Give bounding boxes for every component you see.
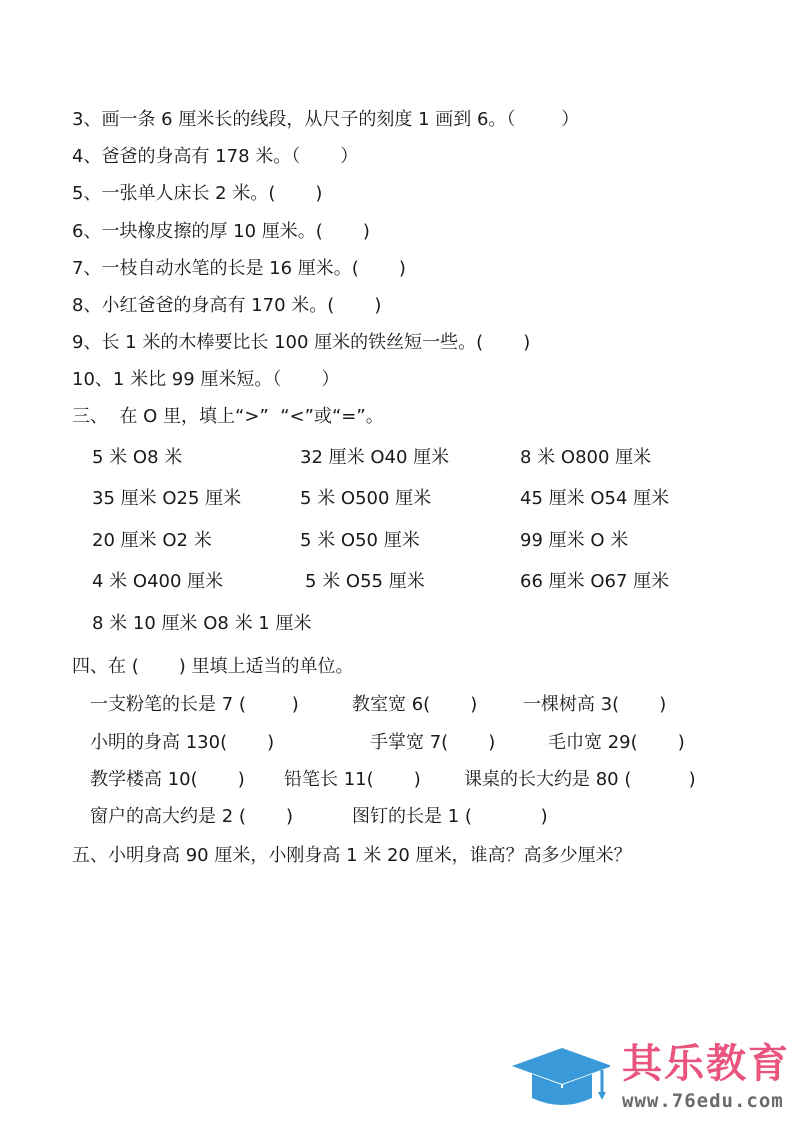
unit-item: 图钉的长是 1 ( ) [352, 805, 548, 829]
compare-item: 32 厘米 O40 厘米 [300, 446, 449, 470]
compare-item: 66 厘米 O67 厘米 [520, 570, 669, 594]
tf-item-4: 4、爸爸的身高有 178 米。（ ） [72, 145, 358, 169]
compare-item: 5 米 O55 厘米 [305, 570, 425, 594]
unit-item: 窗户的高大约是 2 ( ) [90, 805, 293, 829]
watermark-title: 其乐教育 [622, 1042, 790, 1086]
unit-item: 课桌的长大约是 80 ( ) [464, 768, 696, 792]
unit-item: 教学楼高 10( ) [90, 768, 245, 792]
compare-item: 8 米 10 厘米 O8 米 1 厘米 [92, 612, 311, 636]
compare-item: 5 米 O50 厘米 [300, 529, 420, 553]
unit-item: 一支粉笔的长是 7 ( ) [90, 693, 299, 717]
tf-item-10: 10、1 米比 99 厘米短。（ ） [72, 368, 339, 392]
watermark-logo: 其乐教育 www.76edu.com [510, 1040, 790, 1120]
tf-item-9: 9、长 1 米的木棒要比长 100 厘米的铁丝短一些。( ) [72, 331, 530, 355]
compare-item: 99 厘米 O 米 [520, 529, 628, 553]
section5-heading: 五、小明身高 90 厘米，小刚身高 1 米 20 厘米，谁高？高多少厘米？ [72, 844, 632, 868]
compare-item: 8 米 O800 厘米 [520, 446, 651, 470]
compare-item: 4 米 O400 厘米 [92, 570, 223, 594]
graduation-cap-icon [510, 1044, 610, 1114]
tf-item-7: 7、一枝自动水笔的长是 16 厘米。( ) [72, 257, 406, 281]
unit-item: 小明的身高 130( ) [90, 731, 274, 755]
tf-item-3: 3、画一条 6 厘米长的线段，从尺子的刻度 1 画到 6。（ ） [72, 108, 579, 132]
unit-item: 铅笔长 11( ) [284, 768, 421, 792]
unit-item: 一棵树高 3( ) [523, 693, 666, 717]
compare-item: 35 厘米 O25 厘米 [92, 487, 241, 511]
compare-item: 5 米 O500 厘米 [300, 487, 431, 511]
compare-item: 45 厘米 O54 厘米 [520, 487, 669, 511]
unit-item: 毛巾宽 29( ) [548, 731, 685, 755]
unit-item: 手掌宽 7( ) [370, 731, 495, 755]
section3-heading: 三、 在 O 里，填上“>” “<”或“=”。 [72, 405, 384, 429]
tf-item-6: 6、一块橡皮擦的厚 10 厘米。( ) [72, 220, 370, 244]
compare-item: 20 厘米 O2 米 [92, 529, 212, 553]
section4-heading: 四、在 ( ) 里填上适当的单位。 [72, 655, 354, 679]
tf-item-8: 8、小红爸爸的身高有 170 米。( ) [72, 294, 381, 318]
unit-item: 教室宽 6( ) [352, 693, 477, 717]
compare-item: 5 米 O8 米 [92, 446, 182, 470]
tf-item-5: 5、一张单人床长 2 米。( ) [72, 182, 322, 206]
watermark-url: www.76edu.com [622, 1090, 784, 1112]
